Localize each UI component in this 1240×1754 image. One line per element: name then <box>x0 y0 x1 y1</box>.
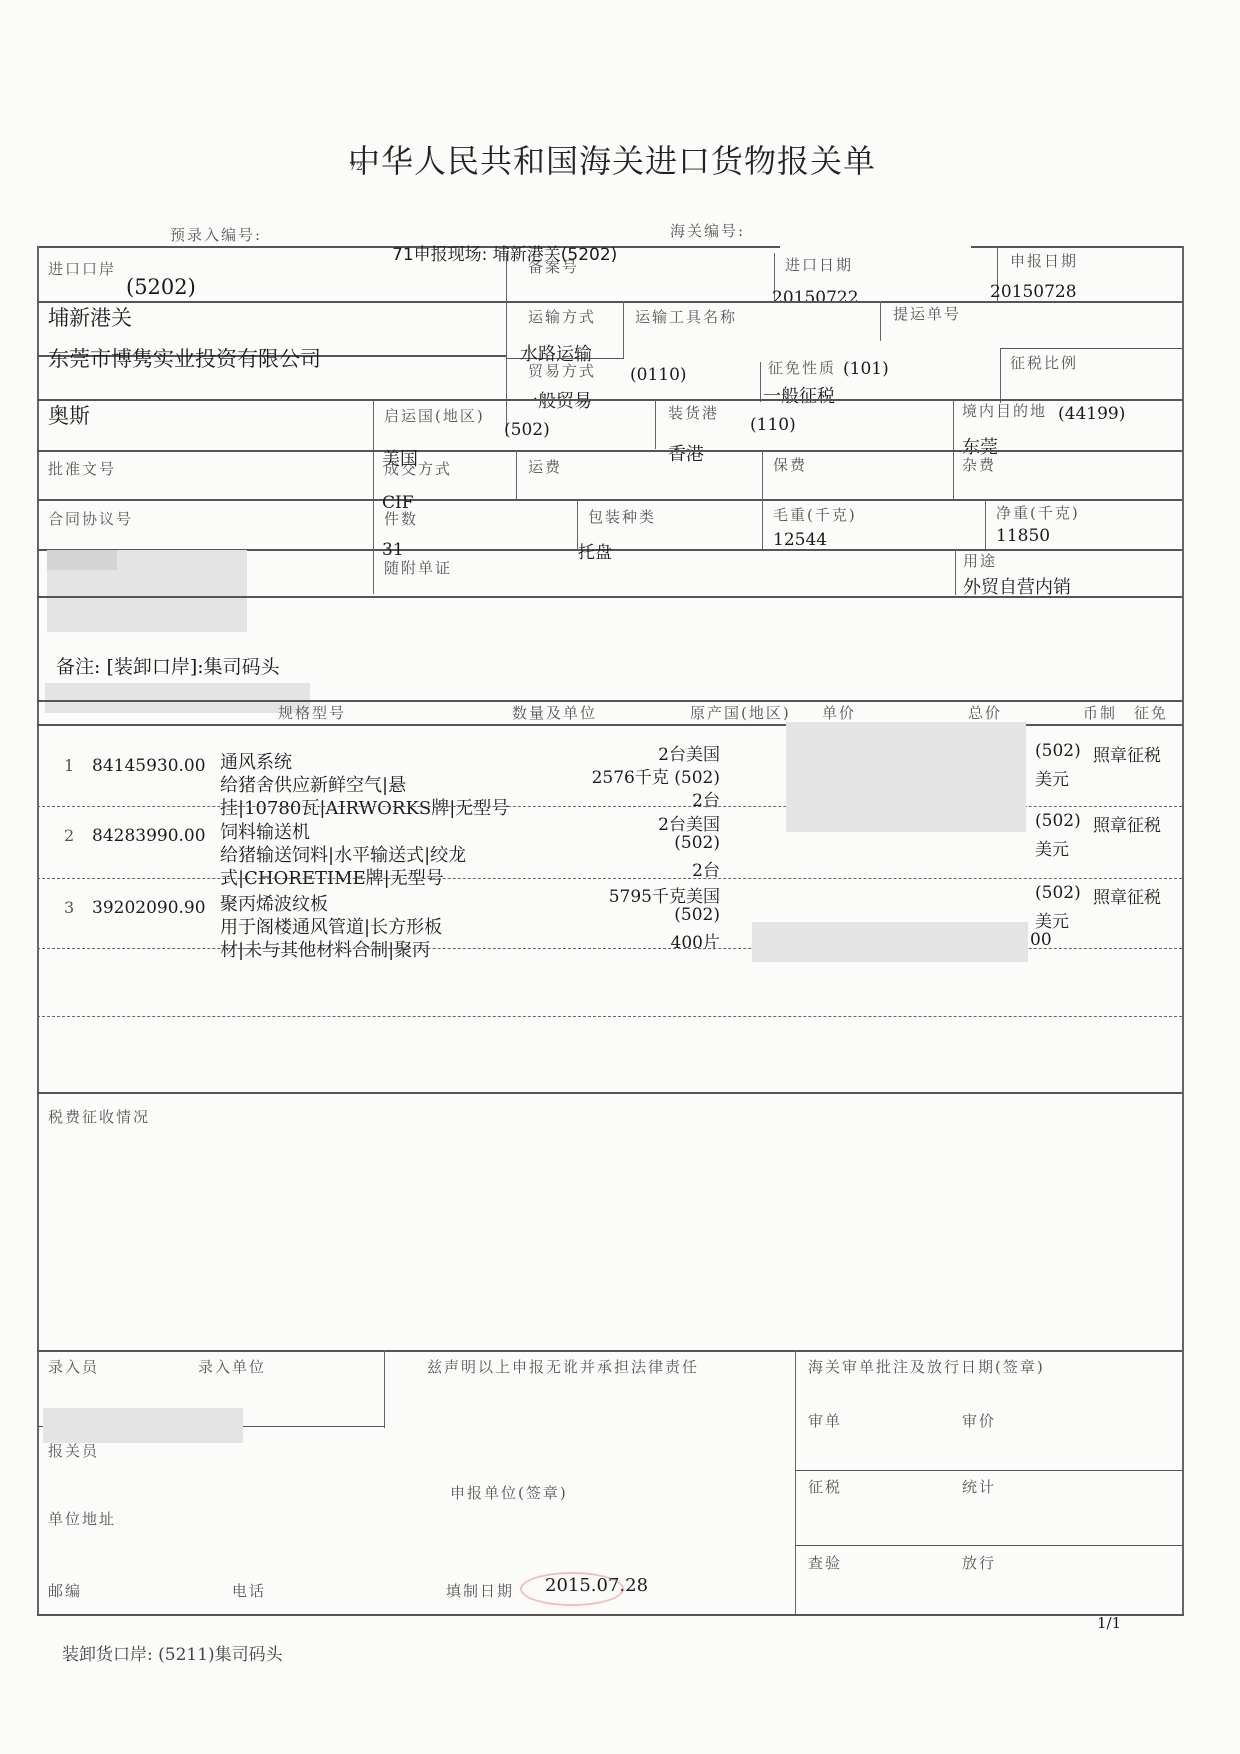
bill-of-lading-label: 提运单号 <box>893 303 961 324</box>
qty-unit-line: 2台美国 <box>540 810 720 835</box>
levy-nature-label: 征免性质 <box>768 357 836 378</box>
loading-port-note: 装卸货口岸: (5211)集司码头 <box>62 1640 283 1665</box>
transport-mode-label: 运输方式 <box>528 306 596 327</box>
pre-entry-no-label: 预录入编号: <box>170 224 262 245</box>
col-total-price: 总价 <box>968 702 1002 723</box>
rule <box>955 549 956 595</box>
loading-port-value: 香港 <box>668 440 704 466</box>
row-number: 1 <box>64 756 74 775</box>
rule <box>953 399 954 499</box>
redacted-block <box>45 683 310 713</box>
rule <box>655 399 656 449</box>
currency-name: 美元 <box>1035 907 1069 932</box>
currency-name: 美元 <box>1035 765 1069 790</box>
remarks: 备注: [装卸口岸]:集司码头 <box>56 652 280 679</box>
release-label: 放行 <box>962 1552 996 1573</box>
import-date-value: 20150722 <box>772 288 859 308</box>
packages-label: 件数 <box>384 508 418 529</box>
frame-bottom <box>37 1614 1184 1616</box>
tax-levy-label: 征税 <box>808 1476 842 1497</box>
insurance-label: 保费 <box>773 454 807 475</box>
package-type-value: 托盘 <box>578 538 612 563</box>
levy-nature-code: (101) <box>843 359 889 379</box>
attached-docs-label: 随附单证 <box>384 557 452 578</box>
hs-code: 84283990.00 <box>92 826 206 846</box>
rule <box>37 450 1182 452</box>
currency-code: (502) <box>1035 741 1081 761</box>
import-date-label: 进口日期 <box>785 254 853 275</box>
qty-unit-line: (502) <box>540 833 720 853</box>
approval-no-label: 批准文号 <box>48 458 116 479</box>
goods-spec-line: 式|CHORETIME牌|无型号 <box>220 864 444 890</box>
rule <box>971 246 1182 248</box>
tax-section-label: 税费征收情况 <box>48 1106 150 1127</box>
license-no-value: 奥斯 <box>48 400 90 430</box>
col-unit-price: 单价 <box>822 702 856 723</box>
qty-unit-line: 5795千克美国 <box>540 882 720 907</box>
gross-weight-value: 12544 <box>773 530 827 550</box>
redacted-block <box>47 550 117 570</box>
levy-mode: 照章征税 <box>1093 883 1161 908</box>
rule <box>384 1350 385 1428</box>
goods-spec-line: 材|未与其他材料合制|聚丙 <box>220 936 430 962</box>
qty-unit-line: 2台 <box>540 786 720 811</box>
statistics-label: 统计 <box>962 1476 996 1497</box>
col-currency: 币制 <box>1083 702 1117 723</box>
net-weight-label: 净重(千克) <box>996 502 1080 523</box>
col-levy: 征免 <box>1134 702 1168 723</box>
domestic-dest-label: 境内目的地 <box>962 400 1047 421</box>
contract-no-label: 合同协议号 <box>48 508 133 529</box>
declaring-unit-seal: 申报单位(签章) <box>450 1482 568 1503</box>
rule <box>37 499 1182 501</box>
goods-spec-line: 挂|10780瓦|AIRWORKS牌|无型号 <box>220 794 509 820</box>
declare-date-value: 20150728 <box>990 282 1077 302</box>
entry-clerk-label: 录入员 <box>48 1356 99 1377</box>
rule <box>37 1092 1182 1094</box>
redacted-price <box>752 922 1028 962</box>
currency-name: 美元 <box>1035 835 1069 860</box>
col-qty-unit: 数量及单位 <box>512 702 597 723</box>
price-review-label: 审价 <box>962 1410 996 1431</box>
col-name-spec: 规格型号 <box>278 702 346 723</box>
declaration-site: 71申报现场: 埔新港关(5202) <box>392 240 617 265</box>
rule <box>760 362 761 402</box>
tax-ratio-label: 征税比例 <box>1010 352 1078 373</box>
rule <box>37 596 1182 598</box>
declare-date-label: 申报日期 <box>1010 250 1078 271</box>
hs-code: 39202090.90 <box>92 898 206 918</box>
rule <box>795 1545 1182 1546</box>
declarant-label: 报关员 <box>48 1440 99 1461</box>
rule <box>985 499 986 549</box>
trade-terms-label: 成交方式 <box>384 458 452 479</box>
dashed-rule <box>37 1016 1182 1017</box>
declaration-statement: 兹声明以上申报无讹并承担法律责任 <box>427 1356 699 1377</box>
redacted-block <box>43 1408 243 1443</box>
frame-right <box>1182 246 1184 1614</box>
usage-label: 用途 <box>963 550 997 571</box>
redacted-price <box>786 722 1026 832</box>
phone-label: 电话 <box>232 1580 266 1601</box>
row-number: 2 <box>64 826 74 845</box>
rule <box>880 301 881 341</box>
loading-port-label: 装货港 <box>668 402 719 423</box>
red-stamp <box>520 1572 624 1606</box>
hs-code: 84145930.00 <box>92 756 206 776</box>
misc-fee-label: 杂费 <box>962 454 996 475</box>
unit-address-label: 单位地址 <box>48 1508 116 1529</box>
page-indicator: 1/1 <box>1097 1614 1121 1632</box>
domestic-dest-code: (44199) <box>1058 404 1125 424</box>
qty-unit-line: 2台美国 <box>540 740 720 765</box>
fill-date-label: 填制日期 <box>446 1580 514 1601</box>
levy-nature-value: 一般征税 <box>763 382 835 408</box>
rule <box>762 450 763 500</box>
gross-weight-label: 毛重(千克) <box>773 504 857 525</box>
rule <box>1000 348 1182 349</box>
currency-code: (502) <box>1035 883 1081 903</box>
import-port-value: 埔新港关 <box>48 302 132 332</box>
rule <box>37 700 1182 702</box>
inspection-label: 查验 <box>808 1552 842 1573</box>
rule <box>762 499 763 549</box>
col-origin: 原产国(地区) <box>690 702 791 723</box>
trade-mode-label: 贸易方式 <box>528 360 596 381</box>
levy-mode: 照章征税 <box>1093 811 1161 836</box>
package-type-label: 包装种类 <box>588 506 656 527</box>
origin-country-code: (502) <box>504 420 550 440</box>
customs-approval-label: 海关审单批注及放行日期(签章) <box>808 1356 1045 1377</box>
total-price-partial: 00 <box>1030 930 1052 950</box>
currency-code: (502) <box>1035 811 1081 831</box>
qty-unit-line: 2576千克 (502) <box>540 763 720 788</box>
import-port-label: 进口口岸 <box>48 258 116 279</box>
origin-country-label: 启运国(地区) <box>384 405 485 426</box>
freight-label: 运费 <box>528 456 562 477</box>
customs-no-label: 海关编号: <box>670 220 745 241</box>
rule <box>37 1350 1182 1352</box>
qty-unit-line: (502) <box>540 905 720 925</box>
consignee-value: 东莞市博隽实业投资有限公司 <box>48 343 321 373</box>
dashed-rule <box>37 878 1182 879</box>
loading-port-code: (110) <box>750 415 796 435</box>
net-weight-value: 11850 <box>996 526 1050 546</box>
rule <box>506 253 507 436</box>
trade-mode-code: (0110) <box>630 365 687 385</box>
postcode-label: 邮编 <box>48 1580 82 1601</box>
rule <box>795 1470 1182 1471</box>
rule <box>37 301 1182 303</box>
rule <box>623 301 624 358</box>
document-title: 中华人民共和国海关进口货物报关单 <box>348 136 876 182</box>
review-label: 审单 <box>808 1410 842 1431</box>
vessel-name-label: 运输工具名称 <box>635 306 737 327</box>
rule <box>516 450 517 500</box>
rule <box>1000 348 1001 403</box>
record-no-label: 备案号 <box>528 256 579 277</box>
rule <box>795 1350 796 1615</box>
rule <box>373 399 374 594</box>
entry-unit-label: 录入单位 <box>198 1356 266 1377</box>
levy-mode: 照章征税 <box>1093 741 1161 766</box>
row-number: 3 <box>64 898 74 917</box>
import-port-code: (5202) <box>126 275 196 299</box>
qty-unit-line: 400片 <box>540 928 720 953</box>
